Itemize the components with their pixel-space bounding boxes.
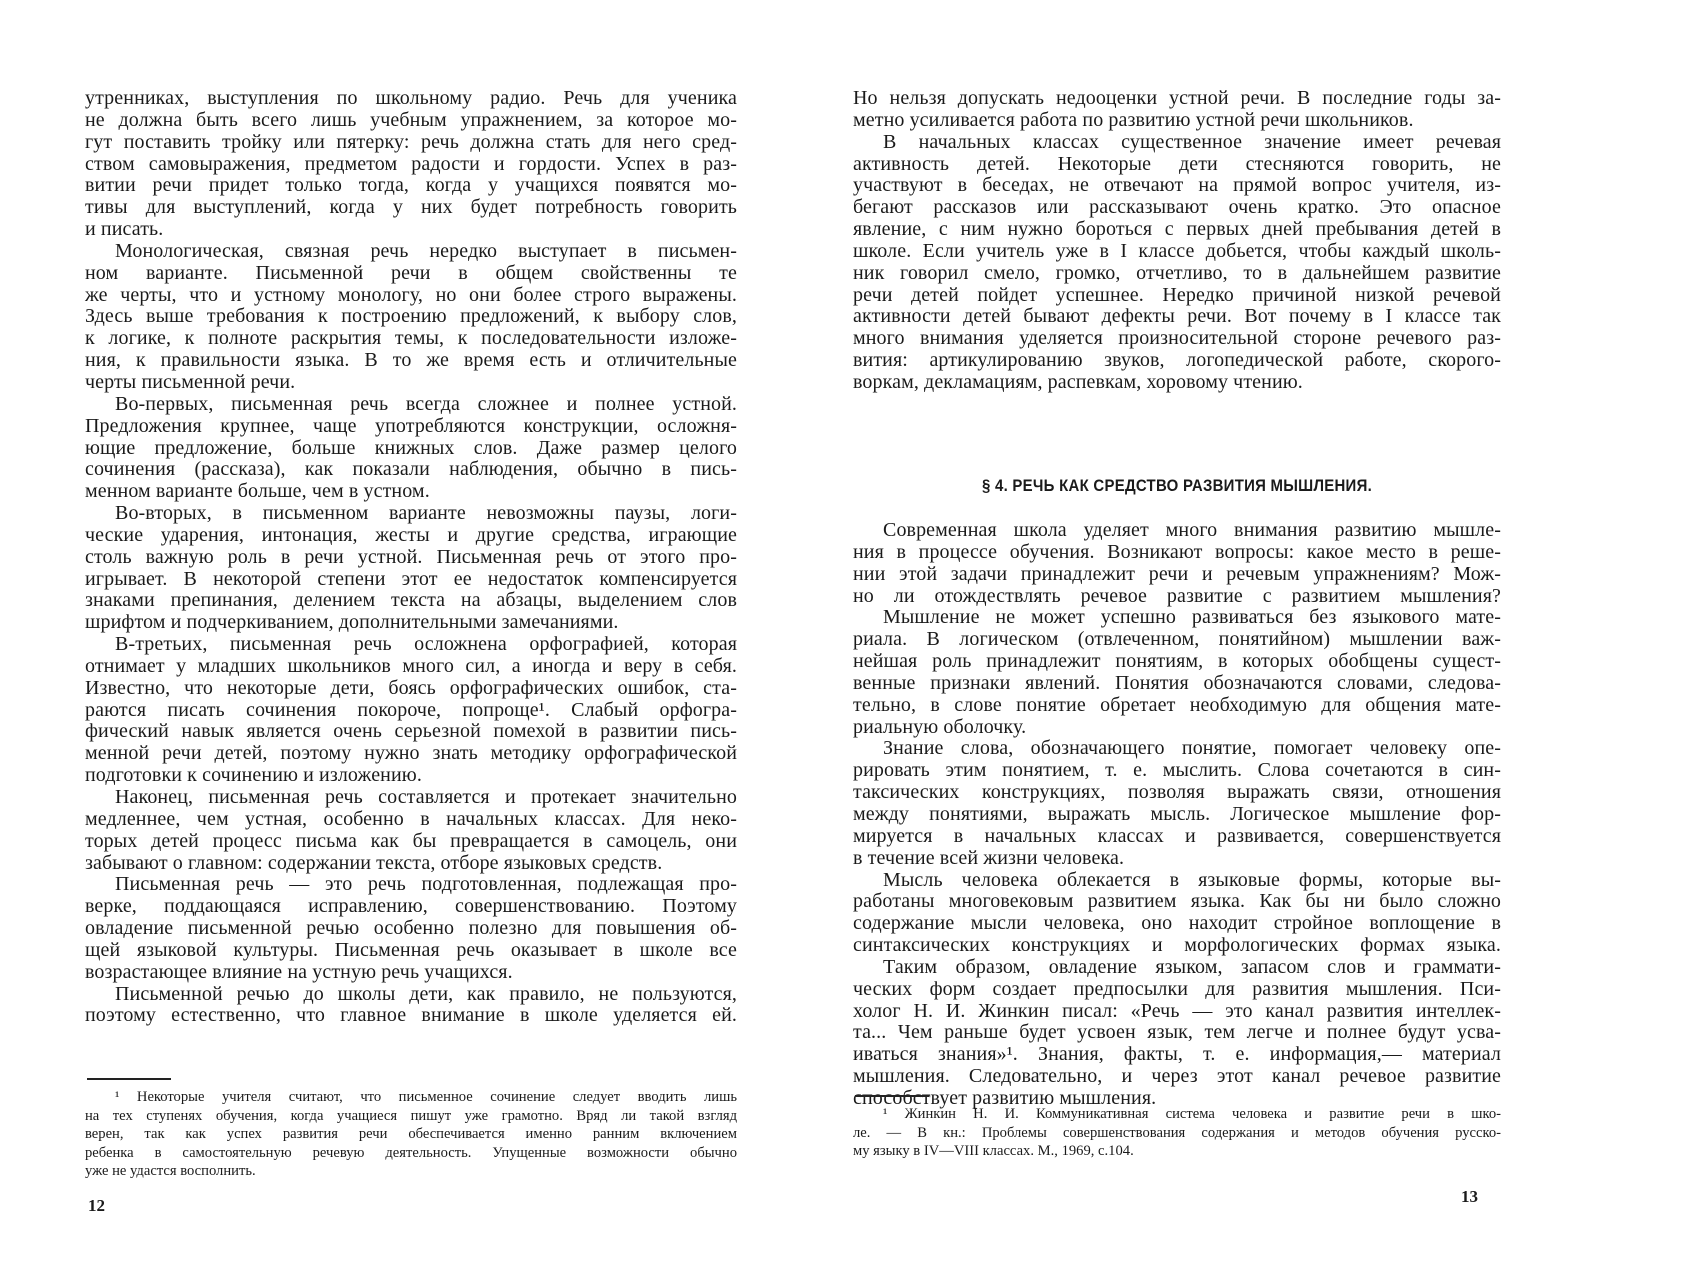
- text-line: уже не удастся восполнить.: [85, 1162, 737, 1181]
- text-line: игрывает. В некоторой степени этот ее не…: [85, 569, 737, 591]
- text-line: венные признаки явлений. Понятия обознач…: [853, 673, 1501, 695]
- text-line: между понятиями, выражать мысль. Логичес…: [853, 804, 1501, 826]
- text-line: мышления. Следовательно, и через этот ка…: [853, 1066, 1501, 1088]
- text-line: Монологическая, связная речь нередко выс…: [85, 241, 737, 263]
- text-line: щей языковой культуры. Письменная речь о…: [85, 940, 737, 962]
- text-line: менной речи детей, поэтому нужно знать м…: [85, 743, 737, 765]
- text-line: метно усиливается работа по развитию уст…: [853, 110, 1501, 132]
- text-line: риальную оболочку.: [853, 717, 1501, 739]
- text-line: на тех ступенях обучения, когда учащиеся…: [85, 1107, 737, 1126]
- text-line: Наконец, письменная речь составляется и …: [85, 787, 737, 809]
- text-line: не должна быть всего лишь учебным упражн…: [85, 110, 737, 132]
- text-line: школе. Если учитель уже в I классе добье…: [853, 241, 1501, 263]
- text-line: нии этой задачи принадлежит речи и речев…: [853, 564, 1501, 586]
- text-line: му языку в IV—VIII классах. М., 1969, с.…: [853, 1142, 1501, 1161]
- text-line: В-третьих, письменная речь осложнена орф…: [85, 634, 737, 656]
- right-page-body-bottom: Современная школа уделяет много внимания…: [853, 520, 1501, 1110]
- text-line: раются писать сочинения покороче, попрощ…: [85, 700, 737, 722]
- text-line: ле. — В кн.: Проблемы совершенствования …: [853, 1124, 1501, 1143]
- text-line: вития: артикулированию звуков, логопедич…: [853, 350, 1501, 372]
- text-line: ¹ Некоторые учителя считают, что письмен…: [85, 1088, 737, 1107]
- text-line: иваться знания»¹. Знания, факты, т. е. и…: [853, 1044, 1501, 1066]
- section-heading: § 4. РЕЧЬ КАК СРЕДСТВО РАЗВИТИЯ МЫШЛЕНИЯ…: [892, 476, 1462, 496]
- text-line: менном варианте больше, чем в устном.: [85, 481, 737, 503]
- text-line: много внимания уделяется произносительно…: [853, 328, 1501, 350]
- text-line: сочинения (рассказа), как показали наблю…: [85, 459, 737, 481]
- text-line: та... Чем раньше будет усвоен язык, тем …: [853, 1022, 1501, 1044]
- page-number: 13: [1461, 1187, 1478, 1207]
- text-line: овладение письменной речью особенно поле…: [85, 918, 737, 940]
- text-line: отнимает у младших школьников много сил,…: [85, 656, 737, 678]
- text-line: синтаксических конструкциях и морфологич…: [853, 935, 1501, 957]
- text-line: ¹ Жинкин Н. И. Коммуникативная система ч…: [853, 1105, 1501, 1124]
- left-page-footnote: ¹ Некоторые учителя считают, что письмен…: [85, 1088, 737, 1181]
- text-line: к логике, к полноте раскрытия темы, к по…: [85, 328, 737, 350]
- page-number: 12: [88, 1196, 105, 1216]
- text-line: явление, с ним нужно бороться с первых д…: [853, 219, 1501, 241]
- text-line: участвуют в беседах, не отвечают на прям…: [853, 175, 1501, 197]
- text-line: Известно, что некоторые дети, боясь орфо…: [85, 678, 737, 700]
- text-line: витии речи придет только тогда, когда у …: [85, 175, 737, 197]
- text-line: Во-первых, письменная речь всегда сложне…: [85, 394, 737, 416]
- text-line: Мысль человека облекается в языковые фор…: [853, 870, 1501, 892]
- text-line: Мышление не может успешно развиваться бе…: [853, 607, 1501, 629]
- text-line: тельно, в слове понятие обретает необход…: [853, 695, 1501, 717]
- text-line: медленнее, чем устная, особенно в началь…: [85, 809, 737, 831]
- text-line: Но нельзя допускать недооценки устной ре…: [853, 88, 1501, 110]
- text-line: фический навык является очень серьезной …: [85, 721, 737, 743]
- text-line: поэтому естественно, что главное внимани…: [85, 1005, 737, 1027]
- text-line: холог Н. И. Жинкин писал: «Речь — это ка…: [853, 1001, 1501, 1023]
- text-line: возрастающее влияние на устную речь учащ…: [85, 962, 737, 984]
- text-line: шрифтом и подчеркиванием, дополнительным…: [85, 612, 737, 634]
- text-line: тивы для выступлений, когда у них будет …: [85, 197, 737, 219]
- text-line: гут поставить тройку или пятерку: речь д…: [85, 132, 737, 154]
- footnote-divider: [87, 1078, 171, 1080]
- text-line: в течение всей жизни человека.: [853, 848, 1501, 870]
- text-line: забывают о главном: содержании текста, о…: [85, 853, 737, 875]
- text-line: Знание слова, обозначающего понятие, пом…: [853, 738, 1501, 760]
- text-line: верке, поддающаяся исправлению, совершен…: [85, 896, 737, 918]
- text-line: речи детей пойдет успешнее. Нередко прич…: [853, 285, 1501, 307]
- text-line: Письменной речью до школы дети, как прав…: [85, 984, 737, 1006]
- text-line: ном варианте. Письменной речи в общем св…: [85, 263, 737, 285]
- text-line: подготовки к сочинению и изложению.: [85, 765, 737, 787]
- text-line: но ли отождествлять речевое развитие с р…: [853, 586, 1501, 608]
- text-line: знаками препинания, делением текста на а…: [85, 590, 737, 612]
- text-line: ния в процессе обучения. Возникают вопро…: [853, 542, 1501, 564]
- text-line: ющие предложение, больше книжных слов. Д…: [85, 438, 737, 460]
- text-line: ния, к правильности языка. В то же время…: [85, 350, 737, 372]
- text-line: рировать этим понятием, т. е. мыслить. С…: [853, 760, 1501, 782]
- footnote-divider: [855, 1095, 929, 1097]
- right-page-footnote: ¹ Жинкин Н. И. Коммуникативная система ч…: [853, 1105, 1501, 1161]
- text-line: ческих форм создает предпосылки для разв…: [853, 979, 1501, 1001]
- text-line: Предложения крупнее, чаще употребляются …: [85, 416, 737, 438]
- text-line: работаны многовековым развитием языка. К…: [853, 891, 1501, 913]
- text-line: ством самовыражения, предметом радости и…: [85, 154, 737, 176]
- text-line: Во-вторых, в письменном варианте невозмо…: [85, 503, 737, 525]
- text-line: риала. В логическом (отвлеченном, поняти…: [853, 629, 1501, 651]
- text-line: нейшая роль принадлежит понятиям, в кото…: [853, 651, 1501, 673]
- text-line: Таким образом, овладение языком, запасом…: [853, 957, 1501, 979]
- text-line: торых детей процесс письма как бы превра…: [85, 831, 737, 853]
- text-line: В начальных классах существенное значени…: [853, 132, 1501, 154]
- text-line: воркам, декламациям, распевкам, хоровому…: [853, 372, 1501, 394]
- text-line: утренниках, выступления по школьному рад…: [85, 88, 737, 110]
- text-line: содержание мысли человека, оно находит с…: [853, 913, 1501, 935]
- text-line: и писать.: [85, 219, 737, 241]
- text-line: ник говорил смело, громко, отчетливо, то…: [853, 263, 1501, 285]
- text-line: ческие ударения, интонация, жесты и друг…: [85, 525, 737, 547]
- text-line: Современная школа уделяет много внимания…: [853, 520, 1501, 542]
- left-page-body: утренниках, выступления по школьному рад…: [85, 88, 737, 1027]
- right-page-body-top: Но нельзя допускать недооценки устной ре…: [853, 88, 1501, 394]
- text-line: Письменная речь — это речь подготовленна…: [85, 874, 737, 896]
- text-line: же черты, что и устному монологу, но они…: [85, 285, 737, 307]
- text-line: бегают рассказов или рассказывают очень …: [853, 197, 1501, 219]
- text-line: активность детей. Некоторые дети стесняю…: [853, 154, 1501, 176]
- text-line: активности детей бывают дефекты речи. Во…: [853, 306, 1501, 328]
- text-line: Здесь выше требования к построению предл…: [85, 306, 737, 328]
- text-line: ребенка в самостоятельную речевую деятел…: [85, 1144, 737, 1163]
- text-line: столь важную роль в речи устной. Письмен…: [85, 547, 737, 569]
- text-line: таксических конструкциях, позволяя выраж…: [853, 782, 1501, 804]
- text-line: черты письменной речи.: [85, 372, 737, 394]
- text-line: мируется в начальных классах и развивает…: [853, 826, 1501, 848]
- text-line: верен, так как успех развития речи обесп…: [85, 1125, 737, 1144]
